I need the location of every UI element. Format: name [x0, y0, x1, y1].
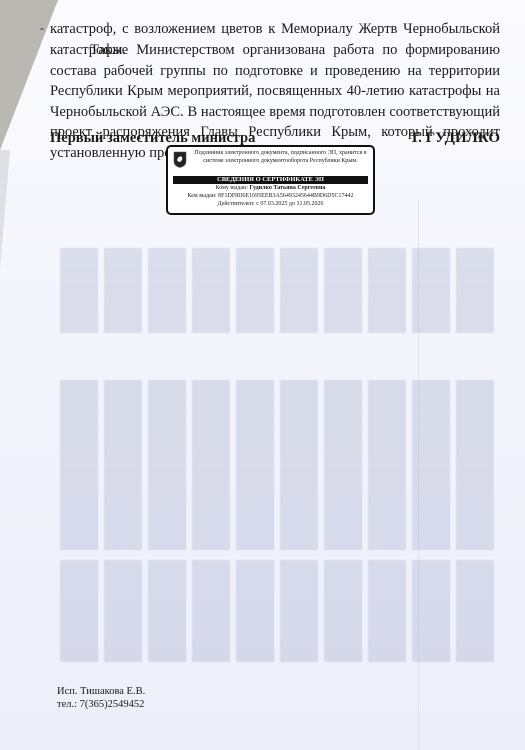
document-page: - катастроф, с возложением цветов к Мемо… — [0, 0, 525, 750]
e-signature-stamp: Подлинник электронного документа, подпис… — [166, 145, 375, 215]
stamp-note: Подлинник электронного документа, подпис… — [192, 150, 369, 165]
signatory-position: Первый заместитель министра — [50, 130, 255, 146]
scan-shadow — [0, 150, 10, 270]
crimea-coat-of-arms-icon — [173, 151, 187, 168]
bleed-through-text — [60, 248, 495, 333]
stamp-issued-to: Кому выдан: Гудилко Татьяна Сергеевна — [168, 185, 373, 193]
stamp-issued-by: Кем выдан: 8F1DF8D6E1695EEB3A56493245644… — [168, 193, 373, 201]
executor-phone: тел.: 7(365)2549452 — [57, 698, 145, 711]
signatory-name: Т. ГУДИЛКО — [410, 130, 500, 147]
bleed-through-text — [60, 380, 495, 550]
stamp-header: СВЕДЕНИЯ О СЕРТИФИКАТЕ ЭП — [173, 176, 368, 184]
executor-name: Исп. Тишакова Е.В. — [57, 685, 145, 698]
stamp-validity: Действителен: с 07.03.2025 до 31.05.2026 — [168, 201, 373, 209]
bleed-through-text — [60, 560, 495, 662]
continuation-mark: - — [40, 21, 44, 36]
executor-info: Исп. Тишакова Е.В. тел.: 7(365)2549452 — [57, 685, 145, 711]
